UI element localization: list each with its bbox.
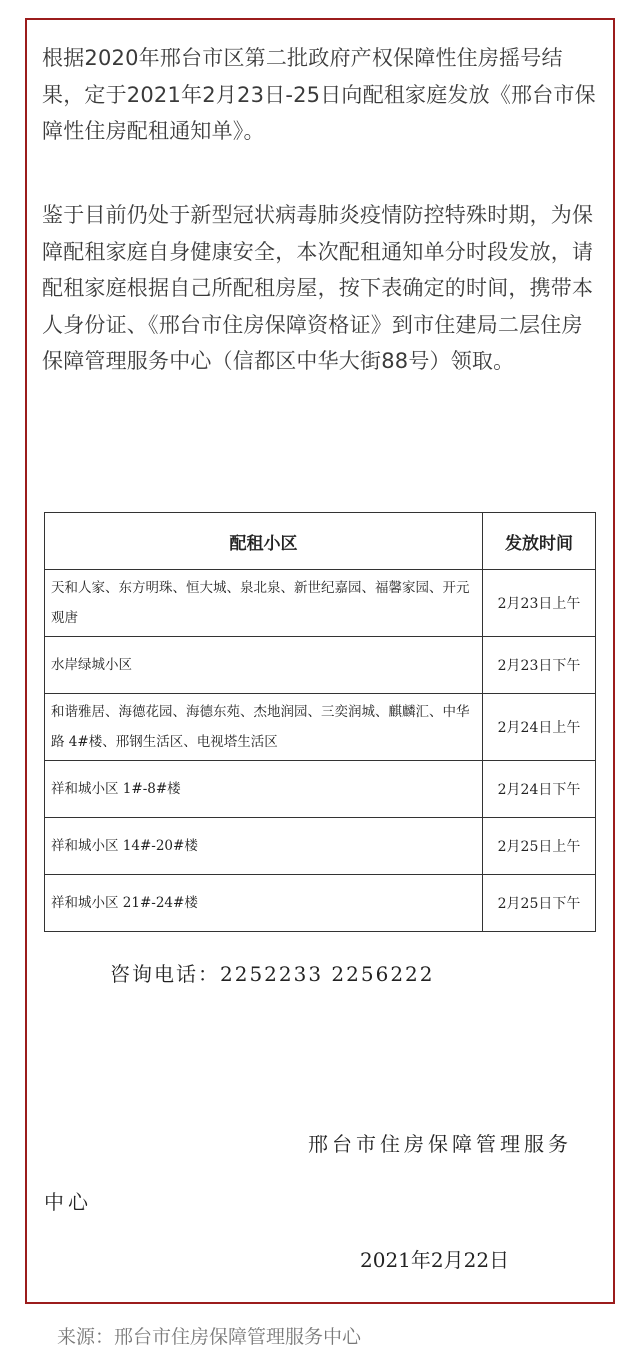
community-cell: 水岸绿城小区	[45, 637, 483, 694]
table-row: 祥和城小区 1#-8#楼 2月24日下午	[45, 761, 596, 818]
notice-paragraph-2: 鉴于目前仍处于新型冠状病毒肺炎疫情防控特殊时期，为保障配租家庭自身健康安全，本次…	[42, 197, 602, 380]
community-cell: 祥和城小区 21#-24#楼	[45, 875, 483, 932]
distribution-schedule-table: 配租小区 发放时间 天和人家、东方明珠、恒大城、泉北泉、新世纪嘉园、福馨家园、开…	[44, 512, 596, 932]
signature-org-line-1: 邢台市住房保障管理服务	[308, 1128, 572, 1157]
time-cell: 2月24日下午	[483, 761, 596, 818]
community-cell: 和谐雅居、海德花园、海德东苑、杰地润园、三奕润城、麒麟汇、中华路 4#楼、邢钢生…	[45, 694, 483, 761]
community-cell: 祥和城小区 14#-20#楼	[45, 818, 483, 875]
time-cell: 2月23日上午	[483, 570, 596, 637]
source-attribution: 来源：邢台市住房保障管理服务中心	[57, 1322, 361, 1349]
table-row: 和谐雅居、海德花园、海德东苑、杰地润园、三奕润城、麒麟汇、中华路 4#楼、邢钢生…	[45, 694, 596, 761]
table-header-row: 配租小区 发放时间	[45, 513, 596, 570]
table-row: 祥和城小区 21#-24#楼 2月25日下午	[45, 875, 596, 932]
table-row: 祥和城小区 14#-20#楼 2月25日上午	[45, 818, 596, 875]
header-community: 配租小区	[45, 513, 483, 570]
table-row: 天和人家、东方明珠、恒大城、泉北泉、新世纪嘉园、福馨家园、开元观唐 2月23日上…	[45, 570, 596, 637]
community-cell: 祥和城小区 1#-8#楼	[45, 761, 483, 818]
time-cell: 2月23日下午	[483, 637, 596, 694]
time-cell: 2月25日上午	[483, 818, 596, 875]
notice-paragraph-1: 根据2020年邢台市区第二批政府产权保障性住房摇号结果，定于2021年2月23日…	[42, 40, 602, 150]
header-time: 发放时间	[483, 513, 596, 570]
time-cell: 2月25日下午	[483, 875, 596, 932]
table-row: 水岸绿城小区 2月23日下午	[45, 637, 596, 694]
signature-org-line-2: 中心	[44, 1186, 92, 1215]
time-cell: 2月24日上午	[483, 694, 596, 761]
signature-date: 2021年2月22日	[360, 1244, 509, 1273]
community-cell: 天和人家、东方明珠、恒大城、泉北泉、新世纪嘉园、福馨家园、开元观唐	[45, 570, 483, 637]
contact-phone: 咨询电话：2252233 2256222	[110, 958, 435, 987]
